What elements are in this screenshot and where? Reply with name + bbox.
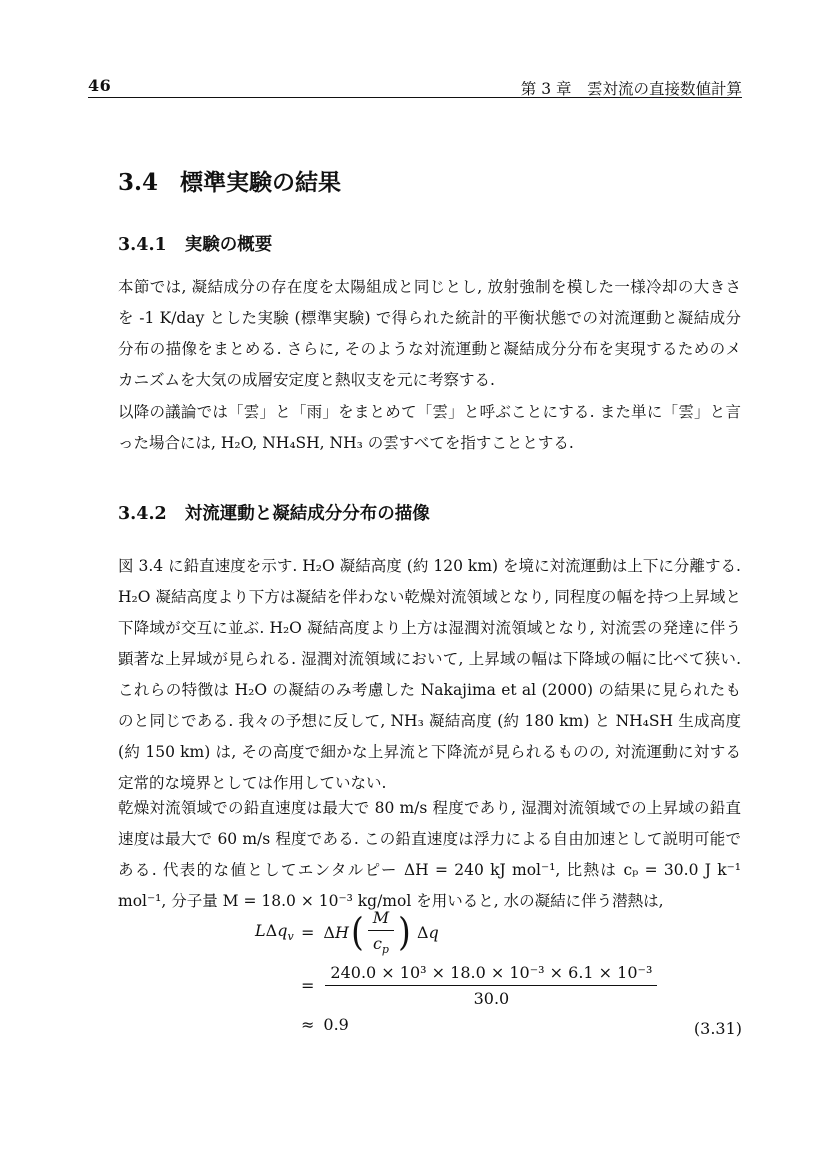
header-rule	[88, 97, 742, 98]
subsection-title: 対流運動と凝結成分分布の描像	[185, 504, 430, 524]
subsection-3-4-1-heading: 3.4.1実験の概要	[118, 231, 272, 256]
equation-row-3: ≈ 0.9	[255, 1015, 742, 1034]
page-number: 46	[88, 76, 111, 95]
close-paren: )	[398, 913, 411, 951]
equation-rhs-1: ΔH ( M cp ) Δq	[323, 908, 438, 956]
equation-row-1: LΔqv = ΔH ( M cp ) Δq	[255, 908, 742, 956]
paragraph-convection-description: 図 3.4 に鉛直速度を示す. H₂O 凝結高度 (約 120 km) を境に対…	[118, 551, 741, 799]
section-title: 標準実験の結果	[180, 170, 341, 196]
subsection-3-4-2-heading: 3.4.2対流運動と凝結成分分布の描像	[118, 500, 430, 525]
equation-lhs: LΔqv	[255, 921, 299, 943]
document-page: 46 第 3 章 雲対流の直接数値計算 3.4標準実験の結果 3.4.1実験の概…	[0, 0, 826, 1169]
equals-sign: =	[301, 923, 314, 942]
section-3-4-heading: 3.4標準実験の結果	[118, 164, 341, 197]
paragraph-overview-1: 本節では, 凝結成分の存在度を太陽組成と同じとし, 放射強制を模した一様冷却の大…	[118, 272, 741, 396]
running-header-chapter: 第 3 章 雲対流の直接数値計算	[521, 77, 742, 99]
fraction-M-over-cp: M cp	[368, 908, 394, 956]
numeric-fraction: 240.0 × 10³ × 18.0 × 10⁻³ × 6.1 × 10⁻³ 3…	[325, 963, 657, 1008]
paragraph-overview-2: 以降の議論では「雲」と「雨」をまとめて「雲」と呼ぶことにする. また単に「雲」と…	[118, 397, 741, 459]
equation-row-2: = 240.0 × 10³ × 18.0 × 10⁻³ × 6.1 × 10⁻³…	[255, 963, 742, 1008]
subsection-number: 3.4.1	[118, 235, 167, 255]
equation-number: (3.31)	[694, 1019, 742, 1038]
approx-sign: ≈	[301, 1015, 314, 1034]
equation-result: 0.9	[323, 1015, 348, 1034]
open-paren: (	[351, 913, 364, 951]
equation-3-31: LΔqv = ΔH ( M cp ) Δq = 240.0 × 10³ × 18…	[255, 908, 742, 1041]
equals-sign: =	[301, 976, 314, 995]
subsection-number: 3.4.2	[118, 504, 167, 524]
subsection-title: 実験の概要	[185, 235, 273, 255]
section-number: 3.4	[118, 169, 158, 196]
paragraph-vertical-velocity: 乾燥対流領域での鉛直速度は最大で 80 m/s 程度であり, 湿潤対流領域での上…	[118, 793, 741, 917]
